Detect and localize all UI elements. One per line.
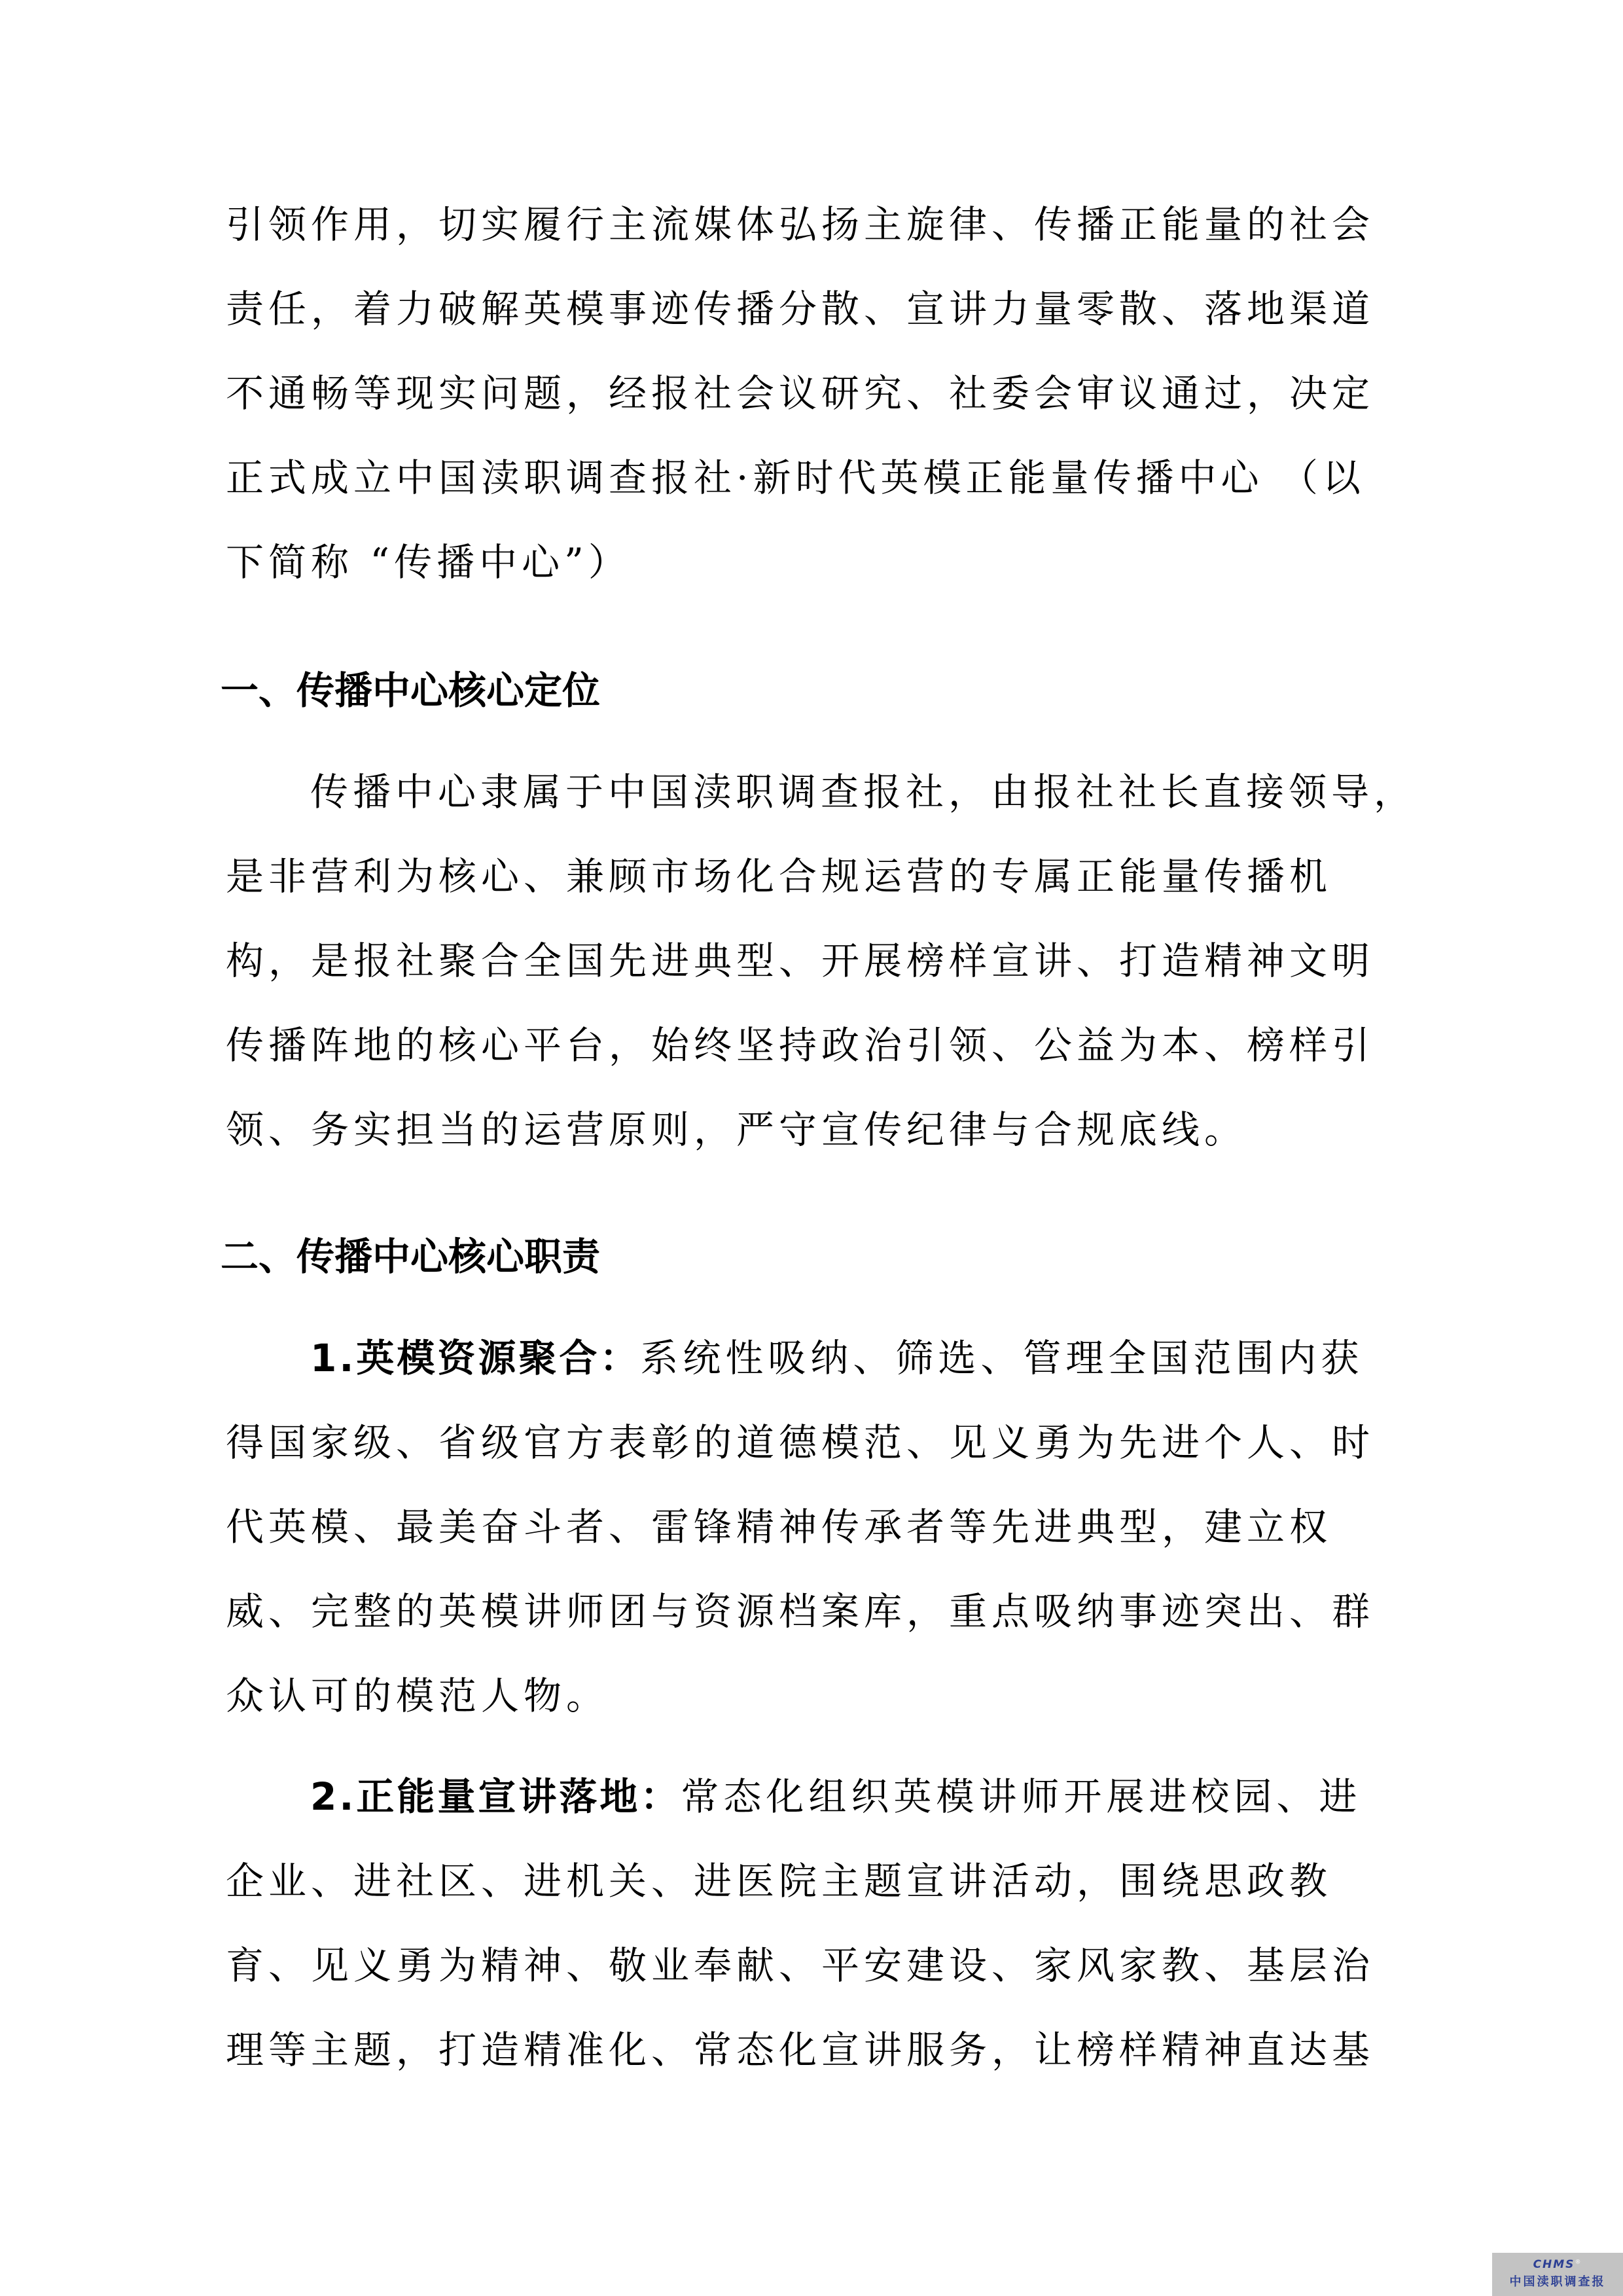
text-line: 是非营利为核心、兼顾市场化合规运营的专属正能量传播机: [226, 850, 1332, 903]
logo-mark-text: CHMS: [1533, 2258, 1575, 2271]
logo-mark: CHMS®: [1492, 2258, 1623, 2271]
text-line: 引领作用，切实履行主流媒体弘扬主旋律、传播正能量的社会: [226, 198, 1374, 251]
item-text: 系统性吸纳、筛选、管理全国范围内获: [640, 1336, 1363, 1380]
text-line: 代英模、最美奋斗者、雷锋精神传承者等先进典型，建立权: [226, 1501, 1332, 1553]
logo-name: 中国渎职调查报: [1492, 2272, 1623, 2289]
text-line: 传播阵地的核心平台，始终坚持政治引领、公益为本、榜样引: [226, 1019, 1374, 1071]
registered-icon: ®: [1575, 2259, 1582, 2265]
item-lead: 1.英模资源聚合：: [310, 1336, 640, 1380]
text-line: 下简称 “传播中心”）: [226, 536, 631, 588]
text-line: 责任，着力破解英模事迹传播分散、宣讲力量零散、落地渠道: [226, 283, 1374, 335]
section-heading: 一、传播中心核心定位: [221, 664, 600, 717]
text-line: 1.英模资源聚合：系统性吸纳、筛选、管理全国范围内获: [310, 1332, 1363, 1384]
text-line: 传播中心隶属于中国渎职调查报社，由报社社长直接领导，: [310, 766, 1416, 818]
text-line: 育、见义勇为精神、敬业奉献、平安建设、家风家教、基层治: [226, 1939, 1374, 1992]
newspaper-logo: CHMS® 中国渎职调查报: [1492, 2253, 1623, 2296]
item-lead: 2.正能量宣讲落地：: [310, 1774, 681, 1819]
text-line: 构，是报社聚合全国先进典型、开展榜样宣讲、打造精神文明: [226, 935, 1374, 987]
text-line: 得国家级、省级官方表彰的道德模范、见义勇为先进个人、时: [226, 1416, 1374, 1469]
item-text: 常态化组织英模讲师开展进校园、进: [681, 1774, 1361, 1819]
text-line: 领、务实担当的运营原则，严守宣传纪律与合规底线。: [226, 1103, 1247, 1156]
text-line: 众认可的模范人物。: [226, 1670, 609, 1722]
text-line: 威、完整的英模讲师团与资源档案库，重点吸纳事迹突出、群: [226, 1585, 1374, 1638]
text-line: 正式成立中国渎职调查报社·新时代英模正能量传播中心 （以: [226, 452, 1365, 504]
section-heading: 二、传播中心核心职责: [221, 1230, 600, 1283]
text-line: 不通畅等现实问题，经报社会议研究、社委会审议通过，决定: [226, 367, 1374, 420]
text-line: 企业、进社区、进机关、进医院主题宣讲活动，围绕思政教: [226, 1855, 1332, 1907]
text-line: 理等主题，打造精准化、常态化宣讲服务，让榜样精神直达基: [226, 2024, 1374, 2076]
text-line: 2.正能量宣讲落地：常态化组织英模讲师开展进校园、进: [310, 1770, 1361, 1823]
